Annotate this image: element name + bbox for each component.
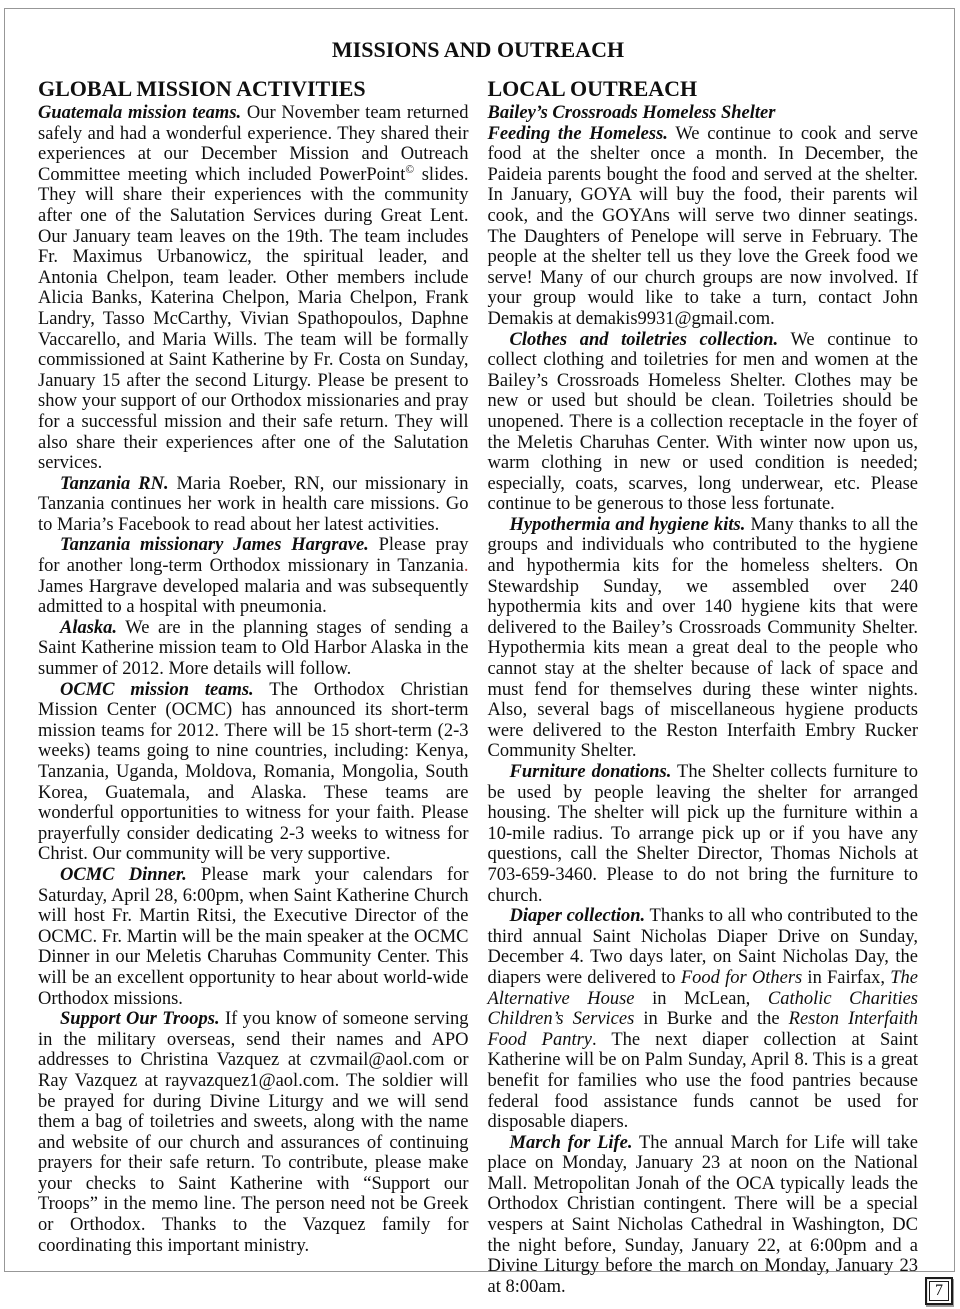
- left-column-body: Guatemala mission teams. Our November te…: [38, 103, 469, 1256]
- paragraph-support-our-troops: Support Our Troops. If you know of someo…: [38, 1009, 469, 1256]
- right-column-body: Bailey’s Crossroads Homeless ShelterFeed…: [488, 103, 919, 1297]
- left-column: GLOBAL MISSION ACTIVITIES Guatemala miss…: [38, 76, 469, 1297]
- paragraph-tanzania-rn: Tanzania RN. Maria Roeber, RN, our missi…: [38, 474, 469, 536]
- paragraph-hypothermia-and-hygiene-kits: Hypothermia and hygiene kits. Many thank…: [488, 515, 919, 762]
- paragraph-march-for-life: March for Life. The annual March for Lif…: [488, 1133, 919, 1298]
- paragraph-ocmc-mission-teams: OCMC mission teams. The Orthodox Christi…: [38, 680, 469, 865]
- paragraph-tanzania-missionary-james-hargrave: Tanzania missionary James Hargrave. Plea…: [38, 535, 469, 617]
- subheading-baileys-crossroads-homeless-shelter: Bailey’s Crossroads Homeless Shelter: [488, 103, 919, 124]
- paragraph-diaper-collection: Diaper collection. Thanks to all who con…: [488, 906, 919, 1133]
- paragraph-alaska: Alaska. We are in the planning stages of…: [38, 618, 469, 680]
- right-column-heading: LOCAL OUTREACH: [488, 76, 919, 102]
- two-column-layout: GLOBAL MISSION ACTIVITIES Guatemala miss…: [38, 76, 918, 1297]
- paragraph-ocmc-dinner: OCMC Dinner. Please mark your calendars …: [38, 865, 469, 1009]
- paragraph-furniture-donations: Furniture donations. The Shelter collect…: [488, 762, 919, 906]
- left-column-heading: GLOBAL MISSION ACTIVITIES: [38, 76, 469, 102]
- page-number-box: 7: [925, 1277, 953, 1305]
- paragraph-feeding-the-homeless: Feeding the Homeless. We continue to coo…: [488, 124, 919, 330]
- page-number: 7: [929, 1281, 949, 1301]
- newsletter-page: MISSIONS AND OUTREACH GLOBAL MISSION ACT…: [5, 9, 954, 1297]
- paragraph-guatemala-mission-teams: Guatemala mission teams. Our November te…: [38, 103, 469, 474]
- page-title: MISSIONS AND OUTREACH: [38, 37, 918, 63]
- right-column: LOCAL OUTREACH Bailey’s Crossroads Homel…: [488, 76, 919, 1297]
- paragraph-clothes-and-toiletries-collection: Clothes and toiletries collection. We co…: [488, 330, 919, 515]
